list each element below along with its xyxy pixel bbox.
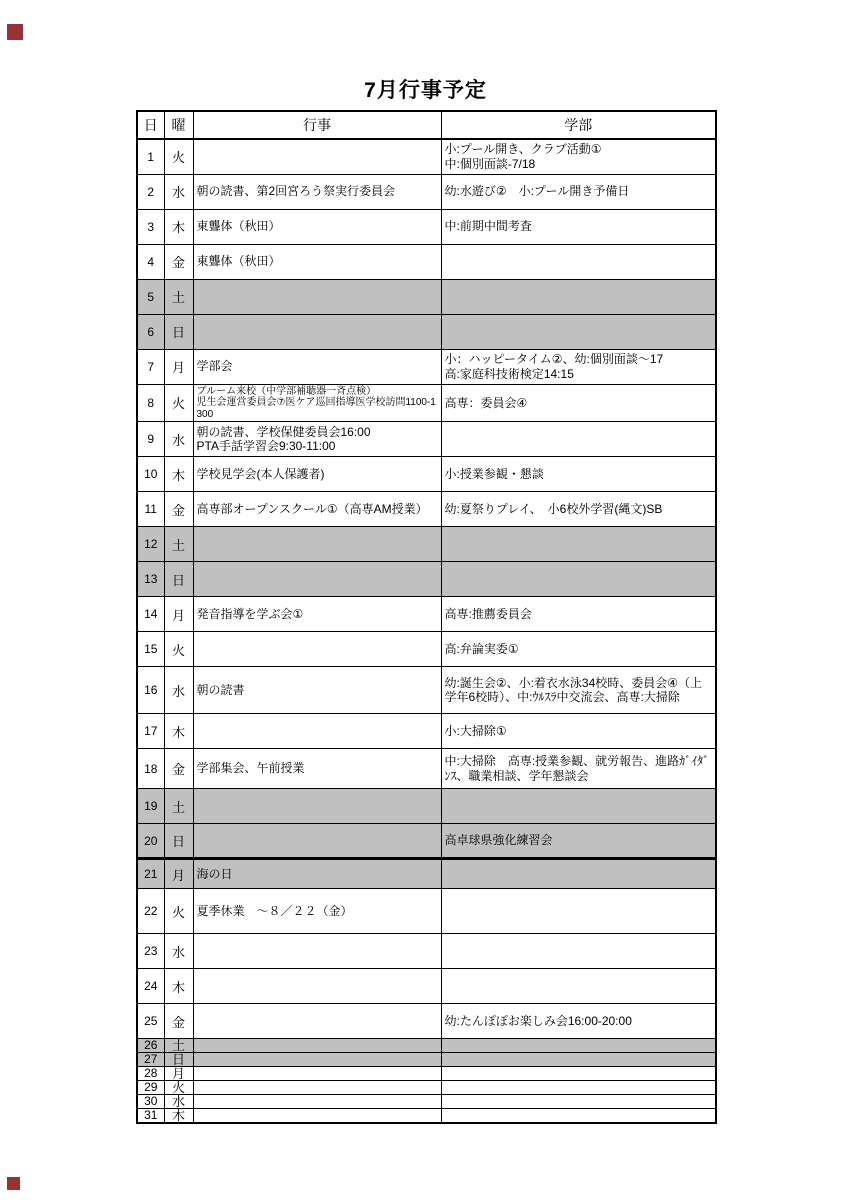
weekday-cell: 木 [164,209,193,244]
event-cell: 学校見学会(本人保護者) [193,457,441,492]
weekday-cell: 火 [164,1081,193,1095]
department-cell [441,1081,716,1095]
weekday-cell: 木 [164,969,193,1004]
department-cell [441,1109,716,1124]
department-cell [441,279,716,314]
day-cell: 29 [137,1081,164,1095]
day-cell: 11 [137,492,164,527]
weekday-cell: 日 [164,1053,193,1067]
event-cell [193,969,441,1004]
department-cell: 高専:推薦委員会 [441,597,716,632]
weekday-cell: 土 [164,789,193,824]
table-row: 11金高専部オープンスクール①（高専AM授業）幼:夏祭りプレイ、 小6校外学習(… [137,492,716,527]
department-cell [441,934,716,969]
day-cell: 17 [137,714,164,749]
department-cell [441,314,716,349]
day-cell: 6 [137,314,164,349]
event-cell: 朝の読書、学校保健委員会16:00 PTA手話学習会9:30-11:00 [193,422,441,457]
weekday-cell: 土 [164,1039,193,1053]
header-department: 学部 [441,111,716,139]
day-cell: 22 [137,889,164,934]
table-row: 25金幼:たんぽぽお楽しみ会16:00-20:00 [137,1004,716,1039]
weekday-cell: 木 [164,714,193,749]
event-cell: 学部会 [193,349,441,384]
event-cell [193,714,441,749]
weekday-cell: 水 [164,174,193,209]
page-title: 7月行事予定 [136,74,715,104]
event-cell: 学部集会、午前授業 [193,749,441,789]
schedule-table: 日 曜 行事 学部 1火小:プール開き、クラブ活動① 中:個別面談-7/182水… [136,110,717,1124]
table-row: 27日 [137,1053,716,1067]
event-cell [193,632,441,667]
table-row: 9水朝の読書、学校保健委員会16:00 PTA手話学習会9:30-11:00 [137,422,716,457]
weekday-cell: 水 [164,422,193,457]
table-row: 29火 [137,1081,716,1095]
table-row: 20日高卓球県強化練習会 [137,824,716,859]
event-cell [193,314,441,349]
weekday-cell: 金 [164,492,193,527]
table-row: 13日 [137,562,716,597]
day-cell: 8 [137,384,164,422]
department-cell [441,527,716,562]
table-row: 2水朝の読書、第2回宮ろう祭実行委員会幼:水遊び② 小:プール開き予備日 [137,174,716,209]
weekday-cell: 火 [164,384,193,422]
event-cell [193,527,441,562]
table-row: 12土 [137,527,716,562]
table-row: 8火ブルーム来校（中学部補聴器一斉点検） 児生会運営委員会⑦医ケア巡回指導医学校… [137,384,716,422]
weekday-cell: 月 [164,1067,193,1081]
department-cell: 小:大掃除① [441,714,716,749]
corner-marker-top [7,24,23,40]
event-cell [193,1067,441,1081]
header-day: 日 [137,111,164,139]
event-cell [193,1095,441,1109]
day-cell: 19 [137,789,164,824]
department-cell: 幼:水遊び② 小:プール開き予備日 [441,174,716,209]
table-row: 26土 [137,1039,716,1053]
weekday-cell: 火 [164,139,193,174]
event-cell [193,279,441,314]
event-cell: 朝の読書、第2回宮ろう祭実行委員会 [193,174,441,209]
event-cell [193,562,441,597]
schedule-table-body: 1火小:プール開き、クラブ活動① 中:個別面談-7/182水朝の読書、第2回宮ろ… [137,139,716,1123]
event-cell [193,789,441,824]
table-row: 31木 [137,1109,716,1124]
department-cell [441,244,716,279]
department-cell: 高専：委員会④ [441,384,716,422]
day-cell: 14 [137,597,164,632]
weekday-cell: 土 [164,527,193,562]
day-cell: 21 [137,859,164,889]
table-row: 22火夏季休業 ～８／２２（金） [137,889,716,934]
weekday-cell: 日 [164,824,193,859]
event-cell: 海の日 [193,859,441,889]
weekday-cell: 金 [164,244,193,279]
department-cell [441,1039,716,1053]
day-cell: 23 [137,934,164,969]
department-cell: 中:前期中間考査 [441,209,716,244]
department-cell [441,1095,716,1109]
weekday-cell: 木 [164,1109,193,1124]
table-row: 1火小:プール開き、クラブ活動① 中:個別面談-7/18 [137,139,716,174]
event-cell: 発音指導を学ぶ会① [193,597,441,632]
day-cell: 27 [137,1053,164,1067]
weekday-cell: 月 [164,349,193,384]
table-row: 15火高:弁論実委① [137,632,716,667]
table-row: 28月 [137,1067,716,1081]
weekday-cell: 月 [164,597,193,632]
corner-marker-bottom [7,1177,20,1190]
table-row: 19土 [137,789,716,824]
table-row: 7月学部会小：ハッピータイム②、幼:個別面談～17 高:家庭科技術検定14:15 [137,349,716,384]
header-row: 日 曜 行事 学部 [137,111,716,139]
weekday-cell: 火 [164,632,193,667]
event-cell: 東聾体（秋田） [193,244,441,279]
event-cell [193,139,441,174]
department-cell: 中:大掃除 高専:授業参観、就労報告、進路ｶﾞｲﾀﾞﾝｽ、職業相談、学年懇談会 [441,749,716,789]
day-cell: 30 [137,1095,164,1109]
weekday-cell: 月 [164,859,193,889]
department-cell [441,562,716,597]
table-row: 21月海の日 [137,859,716,889]
header-weekday: 曜 [164,111,193,139]
table-row: 14月発音指導を学ぶ会①高専:推薦委員会 [137,597,716,632]
event-cell [193,824,441,859]
weekday-cell: 金 [164,749,193,789]
day-cell: 2 [137,174,164,209]
weekday-cell: 金 [164,1004,193,1039]
event-cell: 朝の読書 [193,667,441,714]
department-cell: 高卓球県強化練習会 [441,824,716,859]
day-cell: 26 [137,1039,164,1053]
department-cell: 小:授業参観・懇談 [441,457,716,492]
department-cell [441,889,716,934]
weekday-cell: 土 [164,279,193,314]
day-cell: 16 [137,667,164,714]
table-row: 10木学校見学会(本人保護者)小:授業参観・懇談 [137,457,716,492]
day-cell: 31 [137,1109,164,1124]
event-cell [193,1053,441,1067]
department-cell [441,969,716,1004]
day-cell: 1 [137,139,164,174]
weekday-cell: 水 [164,667,193,714]
day-cell: 24 [137,969,164,1004]
day-cell: 15 [137,632,164,667]
weekday-cell: 木 [164,457,193,492]
event-cell [193,934,441,969]
day-cell: 4 [137,244,164,279]
table-row: 4金東聾体（秋田） [137,244,716,279]
event-cell [193,1109,441,1124]
department-cell [441,1067,716,1081]
table-row: 17木小:大掃除① [137,714,716,749]
table-row: 30水 [137,1095,716,1109]
table-row: 6日 [137,314,716,349]
day-cell: 13 [137,562,164,597]
department-cell: 幼:誕生会②、小:着衣水泳34校時、委員会④（上学年6校時）、中:ｳﾙｽﾗ中交流… [441,667,716,714]
day-cell: 20 [137,824,164,859]
event-cell: ブルーム来校（中学部補聴器一斉点検） 児生会運営委員会⑦医ケア巡回指導医学校訪問… [193,384,441,422]
weekday-cell: 水 [164,934,193,969]
table-row: 24木 [137,969,716,1004]
table-row: 5土 [137,279,716,314]
department-cell [441,859,716,889]
event-cell: 高専部オープンスクール①（高専AM授業） [193,492,441,527]
day-cell: 7 [137,349,164,384]
day-cell: 10 [137,457,164,492]
table-row: 18金学部集会、午前授業中:大掃除 高専:授業参観、就労報告、進路ｶﾞｲﾀﾞﾝｽ… [137,749,716,789]
day-cell: 25 [137,1004,164,1039]
day-cell: 9 [137,422,164,457]
event-cell: 夏季休業 ～８／２２（金） [193,889,441,934]
weekday-cell: 水 [164,1095,193,1109]
department-cell: 小：ハッピータイム②、幼:個別面談～17 高:家庭科技術検定14:15 [441,349,716,384]
day-cell: 18 [137,749,164,789]
department-cell [441,789,716,824]
department-cell [441,422,716,457]
table-row: 23水 [137,934,716,969]
day-cell: 5 [137,279,164,314]
table-row: 16水朝の読書幼:誕生会②、小:着衣水泳34校時、委員会④（上学年6校時）、中:… [137,667,716,714]
schedule-page: 7月行事予定 日 曜 行事 学部 1火小:プール開き、クラブ活動① 中:個別面談… [0,0,849,1200]
header-event: 行事 [193,111,441,139]
event-cell [193,1004,441,1039]
day-cell: 12 [137,527,164,562]
department-cell: 高:弁論実委① [441,632,716,667]
department-cell [441,1053,716,1067]
table-row: 3木東聾体（秋田）中:前期中間考査 [137,209,716,244]
event-cell [193,1039,441,1053]
department-cell: 幼:夏祭りプレイ、 小6校外学習(縄文)SB [441,492,716,527]
department-cell: 幼:たんぽぽお楽しみ会16:00-20:00 [441,1004,716,1039]
weekday-cell: 火 [164,889,193,934]
event-cell [193,1081,441,1095]
department-cell: 小:プール開き、クラブ活動① 中:個別面談-7/18 [441,139,716,174]
day-cell: 28 [137,1067,164,1081]
weekday-cell: 日 [164,314,193,349]
weekday-cell: 日 [164,562,193,597]
day-cell: 3 [137,209,164,244]
event-cell: 東聾体（秋田） [193,209,441,244]
